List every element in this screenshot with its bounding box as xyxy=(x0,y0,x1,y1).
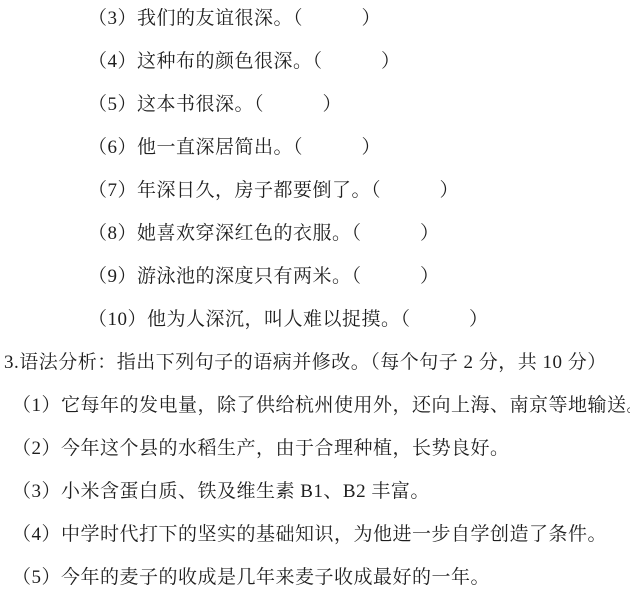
grammar-item-4: （4）中学时代打下的坚实的基础知识，为他进一步自学创造了条件。 xyxy=(12,513,630,556)
word-usage-item-7: （7）年深日久，房子都要倒了。（ ） xyxy=(88,169,630,212)
word-usage-item-3: （3）我们的友谊很深。（ ） xyxy=(88,0,630,40)
word-usage-item-5: （5）这本书很深。（ ） xyxy=(88,83,630,126)
grammar-item-1: （1）它每年的发电量，除了供给杭州使用外，还向上海、南京等地输送。 xyxy=(12,384,630,427)
grammar-section-header: 3.语法分析：指出下列句子的语病并修改。（每个句子 2 分，共 10 分） xyxy=(4,341,630,384)
grammar-item-3: （3）小米含蛋白质、铁及维生素 B1、B2 丰富。 xyxy=(12,470,630,513)
grammar-item-5: （5）今年的麦子的收成是几年来麦子收成最好的一年。 xyxy=(12,556,630,599)
word-usage-item-9: （9）游泳池的深度只有两米。（ ） xyxy=(88,255,630,298)
word-usage-item-10: （10）他为人深沉，叫人难以捉摸。（ ） xyxy=(88,298,630,341)
grammar-item-2: （2）今年这个县的水稻生产，由于合理种植，长势良好。 xyxy=(12,427,630,470)
word-usage-item-6: （6）他一直深居简出。（ ） xyxy=(88,126,630,169)
word-usage-item-4: （4）这种布的颜色很深。（ ） xyxy=(88,40,630,83)
worksheet-page: （3）我们的友谊很深。（ ） （4）这种布的颜色很深。（ ） （5）这本书很深。… xyxy=(0,0,630,599)
word-usage-item-8: （8）她喜欢穿深红色的衣服。（ ） xyxy=(88,212,630,255)
